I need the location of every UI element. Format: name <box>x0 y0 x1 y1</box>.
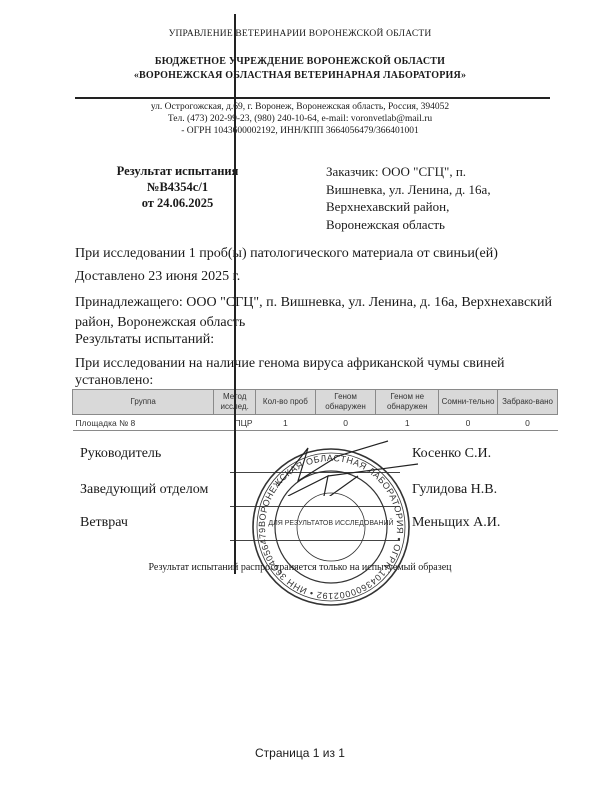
delivery-date: Доставлено 23 июня 2025 г. <box>75 267 565 287</box>
cell-group: Площадка № 8 <box>73 415 214 431</box>
results-label: Результаты испытаний: <box>75 330 565 350</box>
header-divider <box>75 97 550 99</box>
footer-note: Результат испытаний распространяется тол… <box>0 562 600 573</box>
customer-line: Верхнехавский район, <box>326 198 566 216</box>
signature-role: Руководитель <box>80 446 161 462</box>
cell-genome-not-detected: 1 <box>376 415 439 431</box>
page-number: Страница 1 из 1 <box>0 746 600 760</box>
stamp-inner-text: ДЛЯ РЕЗУЛЬТАТОВ ИССЛЕДОВАНИЙ <box>268 518 393 527</box>
column-header: Забрако-вано <box>498 390 558 415</box>
organization-contacts: Тел. (473) 202-99-23, (980) 240-10-64, e… <box>0 114 600 124</box>
cell-sample-count: 1 <box>256 415 316 431</box>
scan-artifact-line <box>234 14 236 574</box>
cell-genome-detected: 0 <box>315 415 376 431</box>
column-header: Группа <box>73 390 214 415</box>
customer-line: Воронежская область <box>326 216 566 234</box>
customer-line: Заказчик: ООО "СГЦ", п. <box>326 163 566 181</box>
organization-name-line1: БЮДЖЕТНОЕ УЧРЕЖДЕНИЕ ВОРОНЕЖСКОЙ ОБЛАСТИ <box>0 56 600 67</box>
cell-rejected: 0 <box>498 415 558 431</box>
organization-address: ул. Острогожская, д.69, г. Воронеж, Воро… <box>0 102 600 112</box>
owner-info: Принадлежащего: ООО "СГЦ", п. Вишневка, … <box>75 293 565 333</box>
customer-block: Заказчик: ООО "СГЦ", п. Вишневка, ул. Ле… <box>326 163 566 233</box>
column-header: Геном обнаружен <box>315 390 376 415</box>
signature-role: Заведующий отделом <box>80 482 208 498</box>
document-page: УПРАВЛЕНИЕ ВЕТЕРИНАРИИ ВОРОНЕЖСКОЙ ОБЛАС… <box>0 0 600 800</box>
organization-registration: - ОГРН 1043600002192, ИНН/КПП 3664056479… <box>0 126 600 136</box>
column-header: Сомни-тельно <box>438 390 497 415</box>
customer-line: Вишневка, ул. Ленина, д. 16а, <box>326 181 566 199</box>
cell-doubtful: 0 <box>438 415 497 431</box>
signature-name: Меньщих А.И. <box>412 515 500 531</box>
study-description: При исследовании 1 проб(ы) патологическо… <box>75 244 565 264</box>
results-intro: При исследовании на наличие генома вирус… <box>75 355 565 389</box>
table-header-row: Группа Метод исслед. Кол-во проб Геном о… <box>73 390 558 415</box>
column-header: Геном не обнаружен <box>376 390 439 415</box>
organization-name-line2: «ВОРОНЕЖСКАЯ ОБЛАСТНАЯ ВЕТЕРИНАРНАЯ ЛАБО… <box>0 70 600 81</box>
signature-role: Ветврач <box>80 515 128 531</box>
table-row: Площадка № 8 ПЦР 1 0 1 0 0 <box>73 415 558 431</box>
authority-header: УПРАВЛЕНИЕ ВЕТЕРИНАРИИ ВОРОНЕЖСКОЙ ОБЛАС… <box>0 29 600 39</box>
results-table: Группа Метод исслед. Кол-во проб Геном о… <box>72 389 558 431</box>
column-header: Кол-во проб <box>256 390 316 415</box>
signature-scribble-icon <box>268 436 428 496</box>
